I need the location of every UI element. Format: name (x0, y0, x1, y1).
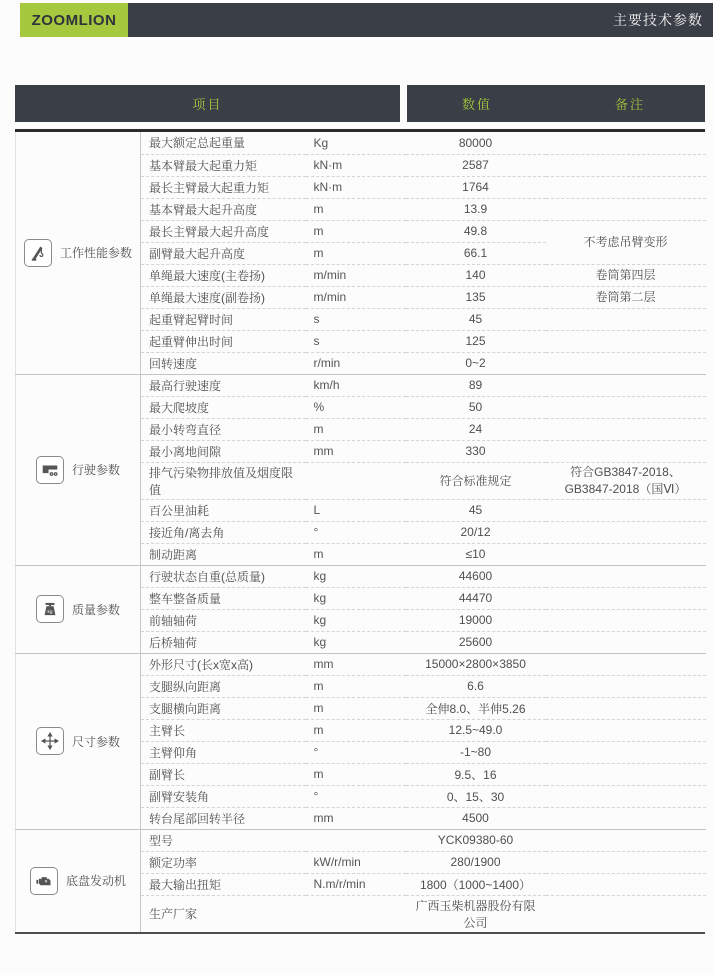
group-label: 工作性能参数 (60, 244, 132, 261)
parameter-name: 基本臂最大起重力矩 (141, 154, 306, 176)
parameter-remark: 卷筒第四层 (546, 264, 706, 286)
parameter-unit: m (306, 198, 406, 220)
parameter-name: 副臂安装角 (141, 785, 306, 807)
parameter-remark (546, 396, 706, 418)
parameter-group-cell: 行驶参数 (16, 374, 141, 565)
group-label: 尺寸参数 (72, 733, 120, 750)
parameter-unit: mm (306, 653, 406, 675)
move-icon (36, 727, 64, 755)
parameter-name: 最小离地间隙 (141, 440, 306, 462)
parameter-value: 45 (406, 499, 546, 521)
table-header-item-block: 项目 (15, 85, 400, 122)
parameter-remark (546, 521, 706, 543)
parameter-unit: m (306, 719, 406, 741)
parameter-value: 135 (406, 286, 546, 308)
parameter-remark (546, 308, 706, 330)
parameter-name: 外形尺寸(长x宽x高) (141, 653, 306, 675)
spec-table: 工作性能参数最大额定总起重量Kg80000基本臂最大起重力矩kN·m2587最长… (15, 132, 706, 932)
parameter-name: 单绳最大速度(主卷扬) (141, 264, 306, 286)
column-header-remark: 备注 (555, 85, 705, 122)
parameter-value: 9.5、16 (406, 763, 546, 785)
parameter-value: -1~80 (406, 741, 546, 763)
parameter-remark (546, 851, 706, 873)
parameter-remark: 不考虑吊臂变形 (546, 220, 706, 264)
group-label: 行驶参数 (72, 461, 120, 478)
group-label: 底盘发动机 (66, 872, 126, 889)
parameter-name: 最小转弯直径 (141, 418, 306, 440)
parameter-name: 生产厂家 (141, 895, 306, 932)
parameter-remark: 卷筒第二层 (546, 286, 706, 308)
parameter-unit: N.m/r/min (306, 873, 406, 895)
parameter-value: 49.8 (406, 220, 546, 242)
parameter-remark (546, 418, 706, 440)
parameter-unit (306, 829, 406, 851)
parameter-name: 制动距离 (141, 543, 306, 565)
parameter-name: 前轴轴荷 (141, 609, 306, 631)
parameter-name: 接近角/离去角 (141, 521, 306, 543)
parameter-remark (546, 176, 706, 198)
parameter-remark (546, 609, 706, 631)
parameter-unit: m/min (306, 286, 406, 308)
parameter-value: ≤10 (406, 543, 546, 565)
parameter-name: 额定功率 (141, 851, 306, 873)
parameter-remark (546, 719, 706, 741)
crane-icon (24, 239, 52, 267)
parameter-value: 89 (406, 374, 546, 396)
parameter-value: 2587 (406, 154, 546, 176)
parameter-unit: r/min (306, 352, 406, 374)
table-row: 尺寸参数外形尺寸(长x宽x高)mm15000×2800×3850 (16, 653, 706, 675)
parameter-value: YCK09380-60 (406, 829, 546, 851)
parameter-name: 主臂仰角 (141, 741, 306, 763)
parameter-remark (546, 543, 706, 565)
parameter-value: 符合标准规定 (406, 462, 546, 499)
parameter-unit (306, 462, 406, 499)
parameter-value: 13.9 (406, 198, 546, 220)
parameter-name: 转台尾部回转半径 (141, 807, 306, 829)
parameter-name: 起重臂起臂时间 (141, 308, 306, 330)
truck-icon (36, 456, 64, 484)
parameter-value: 140 (406, 264, 546, 286)
zoomlion-logo: ZOOMLION (20, 3, 128, 37)
parameter-unit: % (306, 396, 406, 418)
parameter-unit: m (306, 675, 406, 697)
parameter-name: 最长主臂最大起重力矩 (141, 176, 306, 198)
parameter-remark (546, 763, 706, 785)
parameter-unit: kg (306, 565, 406, 587)
top-header-bar: ZOOMLION 主要技术参数 (20, 3, 713, 37)
parameter-value: 19000 (406, 609, 546, 631)
parameter-unit: km/h (306, 374, 406, 396)
parameter-value: 125 (406, 330, 546, 352)
parameter-unit: L (306, 499, 406, 521)
parameter-unit: m (306, 220, 406, 242)
parameter-value: 0~2 (406, 352, 546, 374)
parameter-unit: Kg (306, 132, 406, 154)
parameter-remark (546, 499, 706, 521)
parameter-unit: mm (306, 807, 406, 829)
parameter-group-cell: 尺寸参数 (16, 653, 141, 829)
parameter-unit: m (306, 242, 406, 264)
parameter-unit: mm (306, 440, 406, 462)
parameter-value: 50 (406, 396, 546, 418)
parameter-value: 44470 (406, 587, 546, 609)
parameter-remark (546, 895, 706, 932)
parameter-remark: 符合GB3847-2018、GB3847-2018（国Ⅵ） (546, 462, 706, 499)
parameter-unit: kW/r/min (306, 851, 406, 873)
parameter-remark (546, 785, 706, 807)
parameter-remark (546, 653, 706, 675)
parameter-name: 单绳最大速度(副卷扬) (141, 286, 306, 308)
parameter-name: 基本臂最大起升高度 (141, 198, 306, 220)
table-row: 行驶参数最高行驶速度km/h89 (16, 374, 706, 396)
parameter-unit: kN·m (306, 154, 406, 176)
parameter-name: 排气污染物排放值及烟度限值 (141, 462, 306, 499)
parameter-unit: m (306, 697, 406, 719)
parameter-value: 1764 (406, 176, 546, 198)
parameter-unit: ° (306, 785, 406, 807)
column-header-value: 数值 (407, 85, 547, 122)
zoomlion-logo-text: ZOOMLION (32, 12, 117, 29)
parameter-name: 行驶状态自重(总质量) (141, 565, 306, 587)
parameter-value: 44600 (406, 565, 546, 587)
parameter-name: 最长主臂最大起升高度 (141, 220, 306, 242)
parameter-remark (546, 697, 706, 719)
parameter-value: 0、15、30 (406, 785, 546, 807)
parameter-unit: kg (306, 587, 406, 609)
parameter-name: 最大爬坡度 (141, 396, 306, 418)
parameter-value: 广西玉柴机器股份有限公司 (406, 895, 546, 932)
parameter-unit: m (306, 543, 406, 565)
parameter-name: 最大额定总起重量 (141, 132, 306, 154)
parameter-unit: ° (306, 521, 406, 543)
parameter-value: 25600 (406, 631, 546, 653)
parameter-name: 副臂最大起升高度 (141, 242, 306, 264)
parameter-remark (546, 565, 706, 587)
spec-table-wrap: 工作性能参数最大额定总起重量Kg80000基本臂最大起重力矩kN·m2587最长… (15, 129, 705, 934)
engine-icon (30, 867, 58, 895)
parameter-unit: kN·m (306, 176, 406, 198)
parameter-unit: m (306, 763, 406, 785)
parameter-group-cell: 底盘发动机 (16, 829, 141, 932)
parameter-unit: m (306, 418, 406, 440)
page-title: 主要技术参数 (128, 3, 713, 37)
parameter-remark (546, 631, 706, 653)
parameter-remark (546, 829, 706, 851)
parameter-value: 15000×2800×3850 (406, 653, 546, 675)
group-label: 质量参数 (72, 601, 120, 618)
parameter-name: 整车整备质量 (141, 587, 306, 609)
parameter-remark (546, 807, 706, 829)
parameter-value: 45 (406, 308, 546, 330)
parameter-unit: s (306, 330, 406, 352)
parameter-remark (546, 132, 706, 154)
parameter-remark (546, 198, 706, 220)
parameter-name: 支腿纵向距离 (141, 675, 306, 697)
parameter-value: 4500 (406, 807, 546, 829)
parameter-value: 全伸8.0、半伸5.26 (406, 697, 546, 719)
parameter-remark (546, 440, 706, 462)
parameter-unit: kg (306, 631, 406, 653)
parameter-name: 后桥轴荷 (141, 631, 306, 653)
parameter-unit: ° (306, 741, 406, 763)
parameter-name: 副臂长 (141, 763, 306, 785)
parameter-value: 66.1 (406, 242, 546, 264)
parameter-remark (546, 873, 706, 895)
parameter-value: 330 (406, 440, 546, 462)
parameter-remark (546, 374, 706, 396)
parameter-name: 主臂长 (141, 719, 306, 741)
parameter-value: 20/12 (406, 521, 546, 543)
parameter-name: 回转速度 (141, 352, 306, 374)
table-bottom-border (15, 932, 705, 934)
svg-text:kg: kg (47, 609, 52, 615)
parameter-value: 24 (406, 418, 546, 440)
parameter-remark (546, 587, 706, 609)
table-header-value-block: 数值 备注 (407, 85, 705, 122)
parameter-unit: m/min (306, 264, 406, 286)
weight-icon: kg (36, 595, 64, 623)
table-row: 工作性能参数最大额定总起重量Kg80000 (16, 132, 706, 154)
table-row: 底盘发动机型号YCK09380-60 (16, 829, 706, 851)
parameter-remark (546, 154, 706, 176)
parameter-name: 起重臂伸出时间 (141, 330, 306, 352)
parameter-value: 1800（1000~1400） (406, 873, 546, 895)
parameter-name: 支腿横向距离 (141, 697, 306, 719)
parameter-remark (546, 741, 706, 763)
parameter-name: 百公里油耗 (141, 499, 306, 521)
parameter-unit (306, 895, 406, 932)
parameter-name: 型号 (141, 829, 306, 851)
parameter-name: 最大输出扭矩 (141, 873, 306, 895)
parameter-unit: kg (306, 609, 406, 631)
parameter-remark (546, 330, 706, 352)
parameter-group-cell: 工作性能参数 (16, 132, 141, 374)
parameter-group-cell: kg质量参数 (16, 565, 141, 653)
parameter-value: 80000 (406, 132, 546, 154)
table-header: 项目 数值 备注 (15, 85, 705, 122)
parameter-value: 6.6 (406, 675, 546, 697)
parameter-name: 最高行驶速度 (141, 374, 306, 396)
parameter-unit: s (306, 308, 406, 330)
parameter-value: 12.5~49.0 (406, 719, 546, 741)
column-header-item: 项目 (192, 94, 222, 113)
table-row: kg质量参数行驶状态自重(总质量)kg44600 (16, 565, 706, 587)
parameter-remark (546, 352, 706, 374)
parameter-remark (546, 675, 706, 697)
parameter-value: 280/1900 (406, 851, 546, 873)
